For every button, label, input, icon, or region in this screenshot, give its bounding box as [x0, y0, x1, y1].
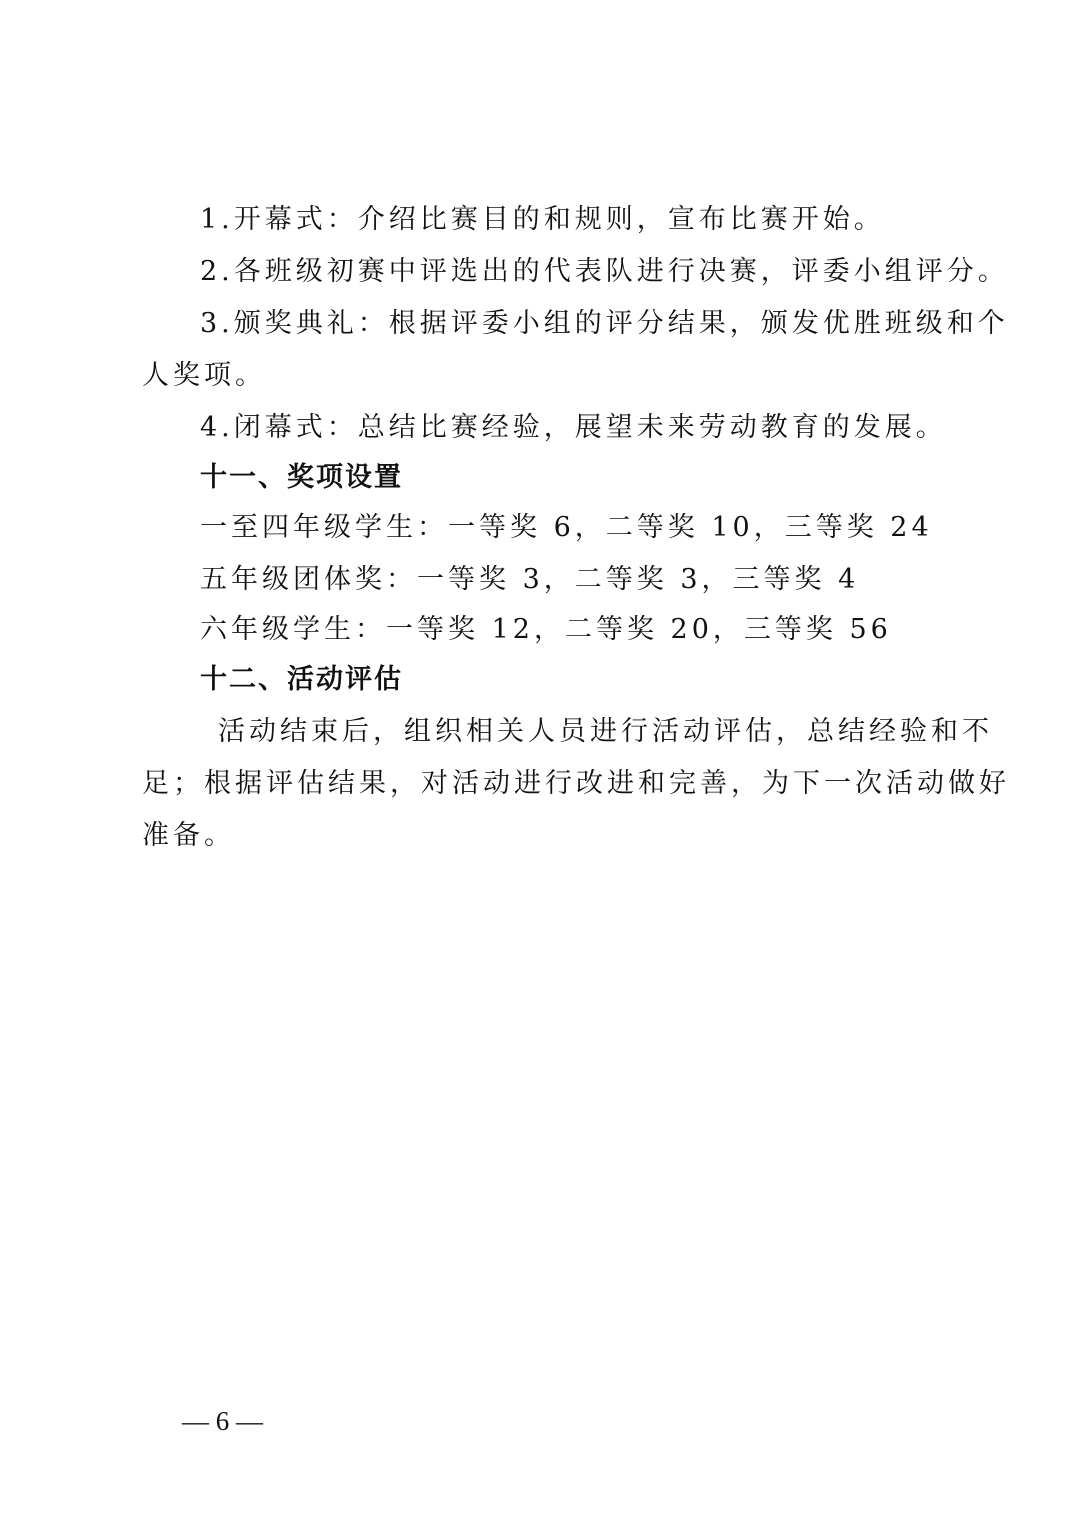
section-12-heading: 十二、活动评估	[200, 660, 403, 700]
step-3: 3.颁奖典礼：根据评委小组的评分结果，颁发优胜班级和个	[200, 304, 1009, 344]
step-2: 2.各班级初赛中评选出的代表队进行决赛，评委小组评分。	[200, 252, 1009, 292]
document-page: 1.开幕式：介绍比赛目的和规则，宣布比赛开始。 2.各班级初赛中评选出的代表队进…	[0, 0, 1080, 1527]
section-11-heading: 十一、奖项设置	[200, 458, 403, 498]
step-4: 4.闭幕式：总结比赛经验，展望未来劳动教育的发展。	[200, 408, 947, 448]
award-line-grade-5: 五年级团体奖：一等奖 3，二等奖 3，三等奖 4	[200, 560, 859, 600]
award-line-grades-1-4: 一至四年级学生：一等奖 6，二等奖 10，三等奖 24	[200, 508, 933, 548]
step-3-continuation: 人奖项。	[142, 356, 266, 396]
evaluation-line-1: 活动结束后，组织相关人员进行活动评估，总结经验和不	[218, 712, 993, 752]
evaluation-line-2: 足；根据评估结果，对活动进行改进和完善，为下一次活动做好	[142, 764, 1010, 804]
page-number: — 6 —	[182, 1406, 263, 1437]
step-1: 1.开幕式：介绍比赛目的和规则，宣布比赛开始。	[200, 200, 885, 240]
evaluation-line-3: 准备。	[142, 816, 235, 856]
award-line-grade-6: 六年级学生：一等奖 12，二等奖 20，三等奖 56	[200, 610, 892, 650]
